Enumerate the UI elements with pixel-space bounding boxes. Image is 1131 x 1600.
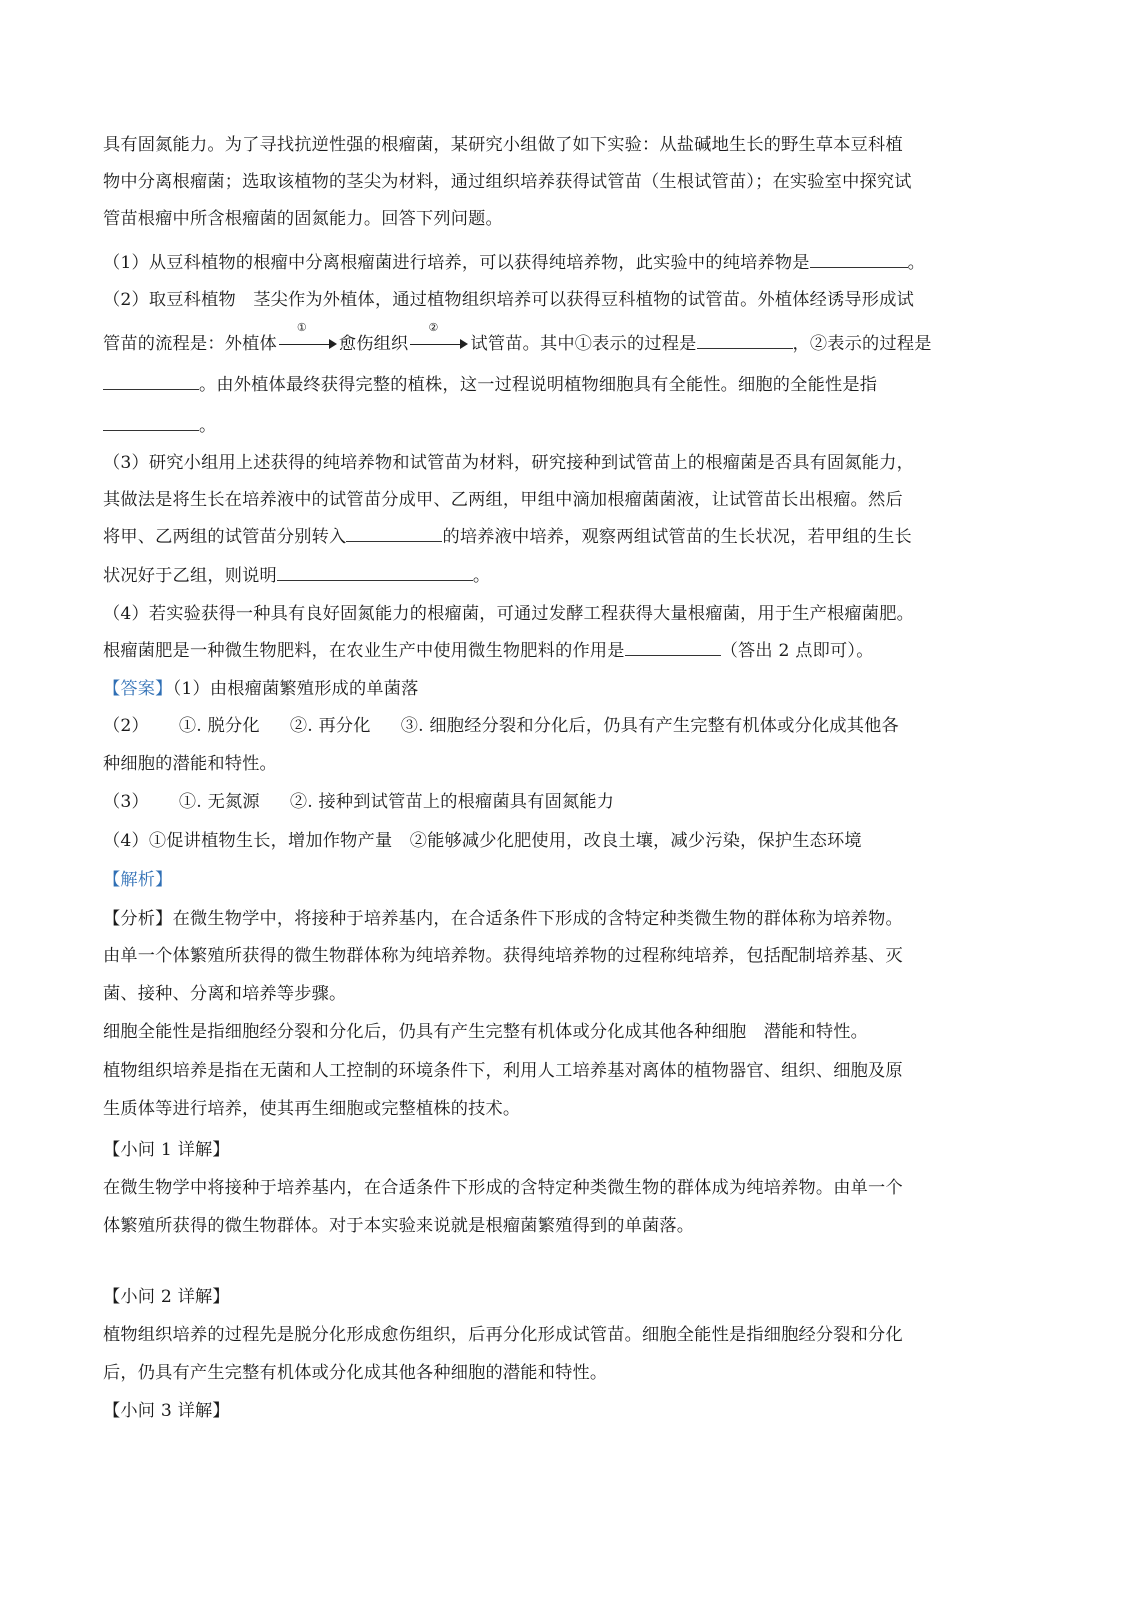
detail-2-line-2: 后，仍具有产生完整有机体或分化成其他各种细胞的潜能和特性。 — [103, 1361, 607, 1385]
intro-line-2: 物中分离根瘤菌；选取该植物的茎尖为材料，通过组织培养获得试管苗（生根试管苗）；在… — [103, 170, 912, 194]
arrow-label-2: ② — [428, 322, 438, 334]
answer-3-item-1: ①. 无氮源 — [179, 792, 260, 812]
analysis-line-4: 细胞全能性是指细胞经分裂和分化后，仍具有产生完整有机体或分化成其他各种细胞 潜能… — [103, 1020, 868, 1044]
question-2-line-1: （2）取豆科植物 茎尖作为外植体，通过植物组织培养可以获得豆科植物的试管苗。外植… — [103, 288, 914, 312]
question-3-line-4: 状况好于乙组，则说明。 — [103, 564, 490, 588]
question-2-line-3: 。由外植体最终获得完整的植株，这一过程说明植物细胞具有全能性。细胞的全能性是指 — [103, 373, 877, 397]
answer-blank-q3-1 — [346, 525, 442, 542]
detail-2-line-1: 植物组织培养的过程先是脱分化形成愈伤组织，后再分化形成试管苗。细胞全能性是指细胞… — [103, 1323, 903, 1347]
analysis-line-3: 菌、接种、分离和培养等步骤。 — [103, 982, 346, 1006]
flow-start-text: 管苗的流程是：外植体 — [103, 334, 277, 354]
question-1-text: （1）从豆科植物的根瘤中分离根瘤菌进行培养，可以获得纯培养物，此实验中的纯培养物… — [103, 253, 810, 273]
answer-blank-q1 — [810, 251, 908, 268]
punctuation: 。 — [908, 253, 925, 273]
detail-3-title: 【小问 3 详解】 — [103, 1399, 230, 1423]
analysis-label: 【解析】 — [103, 868, 173, 892]
question-4-line-2: 根瘤菌肥是一种微生物肥料，在农业生产中使用微生物肥料的作用是（答出 2 点即可）… — [103, 639, 874, 663]
answer-line-3: 种细胞的潜能和特性。 — [103, 752, 277, 776]
punctuation: 。 — [199, 416, 216, 436]
question-1: （1）从豆科植物的根瘤中分离根瘤菌进行培养，可以获得纯培养物，此实验中的纯培养物… — [103, 251, 925, 275]
question-3-text-a: 将甲、乙两组的试管苗分别转入 — [103, 527, 346, 547]
analysis-line-5: 植物组织培养是指在无菌和人工控制的环境条件下，利用人工培养基对离体的植物器官、组… — [103, 1059, 903, 1083]
answer-3-number: （3） — [103, 792, 149, 812]
answer-2-item-3: ③. 细胞经分裂和分化后，仍具有产生完整有机体或分化成其他各 — [401, 716, 899, 736]
question-4-text: 根瘤菌肥是一种微生物肥料，在农业生产中使用微生物肥料的作用是 — [103, 641, 625, 661]
question-3-line-1: （3）研究小组用上述获得的纯培养物和试管苗为材料，研究接种到试管苗上的根瘤菌是否… — [103, 451, 914, 475]
answer-2-item-1: ①. 脱分化 — [179, 716, 260, 736]
question-3-line-3: 将甲、乙两组的试管苗分别转入的培养液中培养，观察两组试管苗的生长状况，若甲组的生… — [103, 525, 912, 549]
question-3-line-2: 其做法是将生长在培养液中的试管苗分成甲、乙两组，甲组中滴加根瘤菌菌液，让试管苗长… — [103, 488, 903, 512]
answer-blank-q2-2 — [103, 373, 199, 390]
flow-end-text: 试管苗。其中①表示的过程是 — [470, 334, 696, 354]
question-2-text-cont: ，②表示的过程是 — [793, 334, 932, 354]
question-3-text-b: 的培养液中培养，观察两组试管苗的生长状况，若甲组的生长 — [442, 527, 911, 547]
fenxi-label: 【分析】 — [103, 909, 173, 929]
answer-line-1: 【答案】（1）由根瘤菌繁殖形成的单菌落 — [103, 677, 419, 701]
question-2-line-2: 管苗的流程是：外植体①愈伤组织②试管苗。其中①表示的过程是，②表示的过程是 — [103, 331, 932, 356]
question-4-note: （答出 2 点即可）。 — [721, 641, 874, 661]
answer-blank-q2-3 — [103, 414, 199, 431]
answer-blank-q2-1 — [697, 332, 793, 349]
arrow-label-1: ① — [297, 322, 307, 334]
analysis-line-2: 由单一个体繁殖所获得的微生物群体称为纯培养物。获得纯培养物的过程称纯培养，包括配… — [103, 944, 903, 968]
answer-line-4: （3）①. 无氮源②. 接种到试管苗上的根瘤菌具有固氮能力 — [103, 790, 614, 814]
arrow-right-icon: ② — [410, 331, 468, 351]
answer-label: 【答案】 — [103, 679, 173, 699]
analysis-line-6: 生质体等进行培养，使其再生细胞或完整植株的技术。 — [103, 1097, 520, 1121]
question-4-line-1: （4）若实验获得一种具有良好固氮能力的根瘤菌，可通过发酵工程获得大量根瘤菌，用于… — [103, 602, 914, 626]
answer-2-number: （2） — [103, 716, 149, 736]
intro-line-3: 管苗根瘤中所含根瘤菌的固氮能力。回答下列问题。 — [103, 207, 503, 231]
fenxi-text-1: 在微生物学中，将接种于培养基内，在合适条件下形成的含特定种类微生物的群体称为培养… — [173, 909, 903, 929]
question-2-text-line-3: 。由外植体最终获得完整的植株，这一过程说明植物细胞具有全能性。细胞的全能性是指 — [199, 375, 877, 395]
detail-1-title: 【小问 1 详解】 — [103, 1138, 230, 1162]
answer-blank-q4 — [625, 639, 721, 656]
analysis-line-1: 【分析】在微生物学中，将接种于培养基内，在合适条件下形成的含特定种类微生物的群体… — [103, 907, 903, 931]
question-3-text-c: 状况好于乙组，则说明 — [103, 566, 277, 586]
question-2-line-4: 。 — [103, 414, 216, 438]
answer-2-item-2: ②. 再分化 — [290, 716, 371, 736]
answer-blank-q3-2 — [277, 564, 473, 581]
flow-mid-text: 愈伤组织 — [339, 334, 409, 354]
intro-line-1: 具有固氮能力。为了寻找抗逆性强的根瘤菌，某研究小组做了如下实验：从盐碱地生长的野… — [103, 133, 903, 157]
detail-1-line-2: 体繁殖所获得的微生物群体。对于本实验来说就是根瘤菌繁殖得到的单菌落。 — [103, 1214, 694, 1238]
document-page: 具有固氮能力。为了寻找抗逆性强的根瘤菌，某研究小组做了如下实验：从盐碱地生长的野… — [0, 0, 1131, 1600]
answer-3-item-2: ②. 接种到试管苗上的根瘤菌具有固氮能力 — [290, 792, 614, 812]
arrow-right-icon: ① — [279, 331, 337, 351]
answer-1: （1）由根瘤菌繁殖形成的单菌落 — [173, 679, 419, 699]
detail-2-title: 【小问 2 详解】 — [103, 1285, 230, 1309]
detail-1-line-1: 在微生物学中将接种于培养基内，在合适条件下形成的含特定种类微生物的群体成为纯培养… — [103, 1176, 903, 1200]
answer-line-5: （4）①促讲植物生长，增加作物产量 ②能够减少化肥使用，改良土壤，减少污染，保护… — [103, 829, 862, 853]
answer-line-2: （2）①. 脱分化②. 再分化③. 细胞经分裂和分化后，仍具有产生完整有机体或分… — [103, 714, 899, 738]
punctuation: 。 — [473, 566, 490, 586]
